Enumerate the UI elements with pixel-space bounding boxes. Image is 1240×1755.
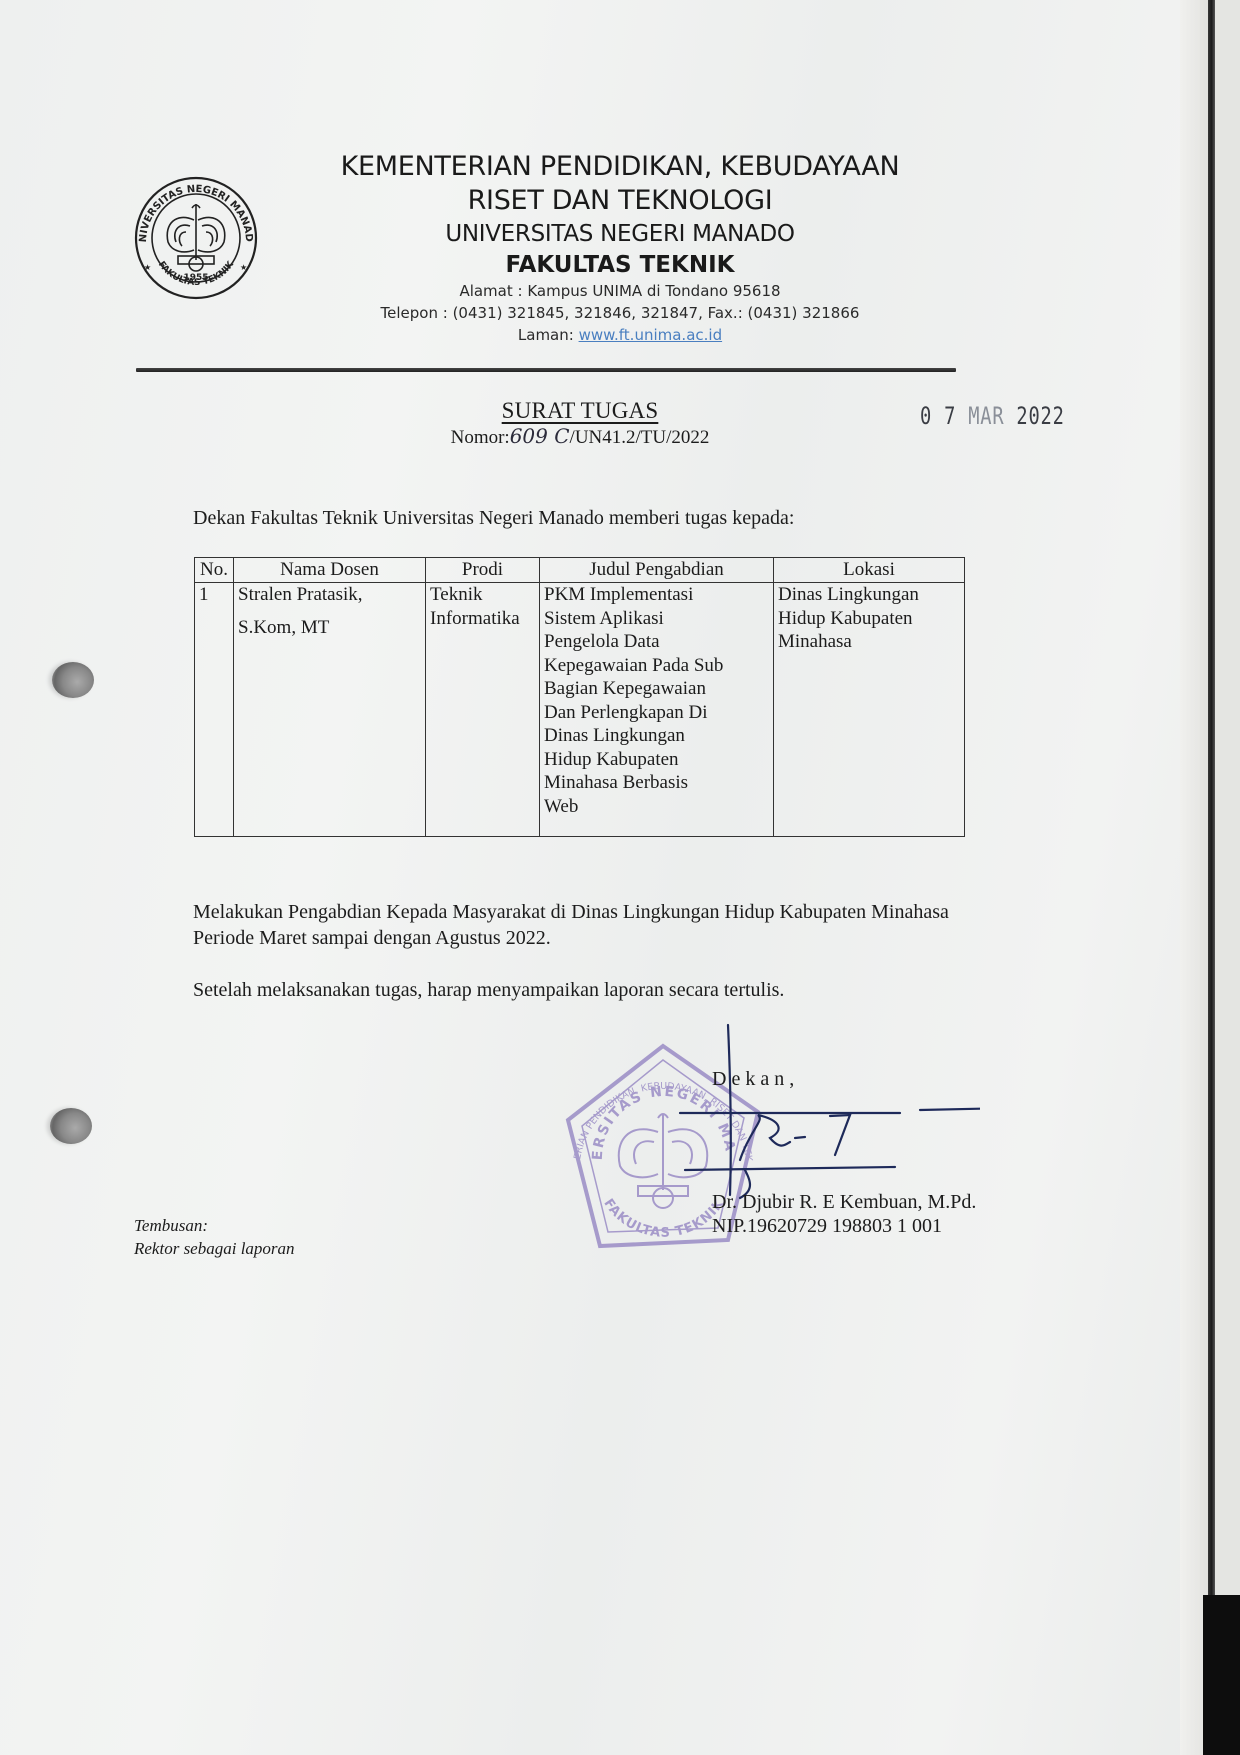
carbon-copy: Tembusan: Rektor sebagai laporan [134,1214,295,1260]
svg-text:★: ★ [240,263,247,272]
assignment-description: Melakukan Pengabdian Kepada Masyarakat d… [193,899,1013,951]
lokasi-line: Minahasa [778,630,960,654]
signature-icon [580,1020,980,1200]
judul-line: Minahasa Berbasis [544,771,769,795]
judul-line: Hidup Kabupaten [544,748,769,772]
university-logo-icon: UNIVERSITAS NEGERI MANADO FAKULTAS TEKNI… [132,172,260,308]
header-no: No. [195,558,234,583]
letterhead: KEMENTERIAN PENDIDIKAN, KEBUDAYAAN RISET… [260,150,980,346]
svg-text:★: ★ [144,263,151,272]
university-name: UNIVERSITAS NEGERI MANADO [260,218,980,250]
letterhead-divider [136,368,956,372]
document-title-block: SURAT TUGAS Nomor:609 C/UN41.2/TU/2022 [430,398,730,450]
website-label: Laman: [518,326,579,344]
ministry-name-2: RISET DAN TEKNOLOGI [260,184,980,218]
cell-nama: Stralen Pratasik, S.Kom, MT [234,583,426,837]
cell-judul: PKM Implementasi Sistem Aplikasi Pengelo… [540,583,774,837]
date-month: MAR [968,402,1004,430]
number-suffix: /UN41.2/TU/2022 [570,427,710,448]
paper-edge [1180,0,1210,1755]
judul-line: Dinas Lingkungan [544,724,769,748]
table-row: 1 Stralen Pratasik, S.Kom, MT Teknik Inf… [195,583,965,837]
assignment-table: No. Nama Dosen Prodi Judul Pengabdian Lo… [194,557,965,837]
nama-line: S.Kom, MT [238,616,421,640]
report-instruction: Setelah melaksanakan tugas, harap menyam… [193,977,784,1003]
nama-line: Stralen Pratasik, [238,583,421,607]
signer-position: Dekan, [712,1068,799,1091]
punch-hole-icon [52,662,94,698]
judul-line: Dan Perlengkapan Di [544,701,769,725]
date-stamp: 0 7 MAR 2022 [920,402,1065,430]
judul-line: Web [544,795,769,819]
judul-line: Sistem Aplikasi [544,607,769,631]
lokasi-line: Hidup Kabupaten [778,607,960,631]
svg-text:FAKULTAS TEKNIK: FAKULTAS TEKNIK [600,1196,727,1241]
date-year: 2022 [1016,402,1064,430]
punch-hole-icon [50,1108,92,1144]
header-judul: Judul Pengabdian [540,558,774,583]
svg-text:1955: 1955 [183,273,208,283]
signer-name: Dr. Djubir R. E Kembuan, M.Pd. [712,1191,976,1214]
website-link[interactable]: www.ft.unima.ac.id [579,326,723,344]
intro-text: Dekan Fakultas Teknik Universitas Negeri… [193,505,794,531]
table-header-row: No. Nama Dosen Prodi Judul Pengabdian Lo… [195,558,965,583]
header-prodi: Prodi [426,558,540,583]
ministry-name: KEMENTERIAN PENDIDIKAN, KEBUDAYAAN [260,150,980,184]
cell-lokasi: Dinas Lingkungan Hidup Kabupaten Minahas… [774,583,965,837]
judul-line: PKM Implementasi [544,583,769,607]
cell-no: 1 [195,583,234,837]
cell-prodi: Teknik Informatika [426,583,540,837]
phone: Telepon : (0431) 321845, 321846, 321847,… [260,302,980,324]
binder-clip [1203,1595,1240,1755]
number-prefix: Nomor: [451,427,510,448]
judul-line: Kepegawaian Pada Sub [544,654,769,678]
scan-margin [1215,0,1240,1600]
date-day: 0 7 [920,402,956,430]
judul-line: Pengelola Data [544,630,769,654]
binder-edge [1208,0,1215,1600]
document-title: SURAT TUGAS [430,398,730,424]
document-number: Nomor:609 C/UN41.2/TU/2022 [430,424,730,450]
header-nama-dosen: Nama Dosen [234,558,426,583]
website-line: Laman: www.ft.unima.ac.id [260,324,980,346]
header-lokasi: Lokasi [774,558,965,583]
prodi-line: Teknik [430,583,535,607]
number-handwritten: 609 C [510,424,570,448]
signer-nip: NIP.19620729 198803 1 001 [712,1215,942,1238]
prodi-line: Informatika [430,607,535,631]
judul-line: Bagian Kepegawaian [544,677,769,701]
faculty-name: FAKULTAS TEKNIK [260,250,980,280]
cc-label: Tembusan: [134,1214,295,1237]
lokasi-line: Dinas Lingkungan [778,583,960,607]
address: Alamat : Kampus UNIMA di Tondano 95618 [260,280,980,302]
cc-item: Rektor sebagai laporan [134,1237,295,1260]
